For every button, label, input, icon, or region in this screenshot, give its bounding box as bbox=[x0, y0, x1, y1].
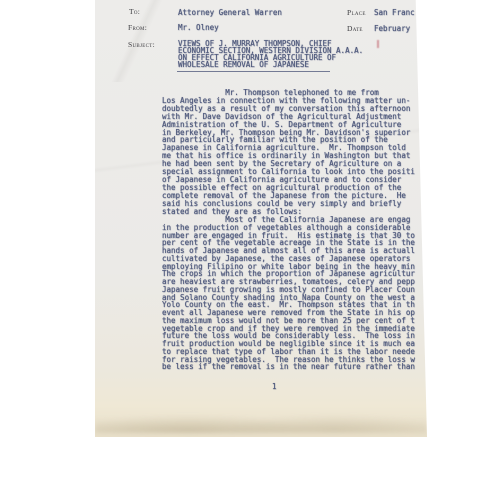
red-pencil-mark bbox=[377, 40, 379, 48]
from-label: From: bbox=[128, 24, 147, 32]
body-paragraph-1: Mr. Thompson telephoned to me from Los A… bbox=[162, 89, 427, 216]
scanned-memo-screenshot: To: From: Subject: Place Date Attorney G… bbox=[0, 0, 500, 500]
place-value: San Franc bbox=[374, 9, 415, 17]
subject-label: Subject: bbox=[128, 41, 155, 49]
body-paragraph-2: Most of the California Japanese are enga… bbox=[162, 216, 427, 371]
page-number: 1 bbox=[272, 383, 277, 391]
subject-underline bbox=[177, 71, 330, 72]
date-label: Date bbox=[347, 25, 363, 33]
to-label: To: bbox=[129, 8, 140, 16]
page-curl-shadow bbox=[95, 411, 427, 433]
subject-value: VIEWS OF J. MURRAY THOMPSON, CHIEF ECONO… bbox=[178, 40, 363, 69]
memo-page: To: From: Subject: Place Date Attorney G… bbox=[95, 0, 427, 437]
place-label: Place bbox=[347, 9, 366, 17]
date-value: February bbox=[374, 25, 410, 33]
from-value: Mr. Olney bbox=[178, 24, 219, 32]
to-value: Attorney General Warren bbox=[178, 9, 282, 17]
